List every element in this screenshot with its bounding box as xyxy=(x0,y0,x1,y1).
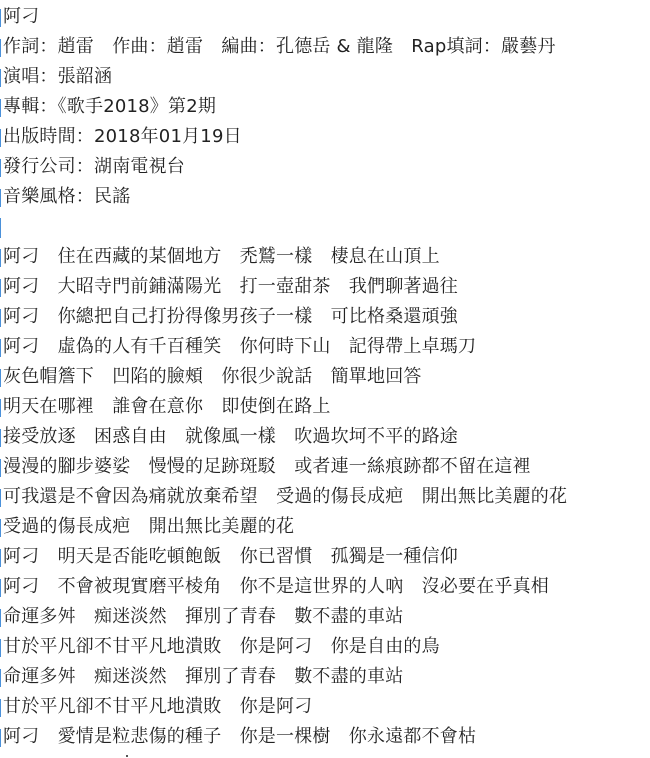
lyric-text: 阿刁 大昭寺門前鋪滿陽光 打一壺甜茶 我們聊著過往 xyxy=(3,276,458,297)
line-marker xyxy=(0,249,1,267)
lyric-text: 甘於平凡卻不甘平凡地潰敗 你是阿刁 你是自由的鳥 xyxy=(3,636,440,657)
genre-text: 音樂風格：民謠 xyxy=(3,186,130,207)
publisher-text: 發行公司：湖南電視台 xyxy=(3,156,185,177)
singer-text: 演唱：張韶涵 xyxy=(3,66,112,87)
line-marker xyxy=(0,129,1,147)
line-marker xyxy=(0,549,1,567)
lyric-line: 阿刁 大昭寺門前鋪滿陽光 打一壺甜茶 我們聊著過往 xyxy=(0,272,650,302)
lyric-line: 阿刁 虛偽的人有千百種笑 你何時下山 記得帶上卓瑪刀 xyxy=(0,332,650,362)
lyric-line: 命運多舛 痴迷淡然 揮別了青春 數不盡的車站 xyxy=(0,662,650,692)
lyric-text: 可我還是不會因為痛就放棄希望 受過的傷長成疤 開出無比美麗的花 xyxy=(3,486,567,507)
lyric-line: 接受放逐 困惑自由 就像風一樣 吹過坎坷不平的路途 xyxy=(0,422,650,452)
release-date-text: 出版時間：2018年01月19日 xyxy=(3,126,242,147)
line-marker xyxy=(0,309,1,327)
lyric-line: 阿刁 你總把自己打扮得像男孩子一樣 可比格桑還頑強 xyxy=(0,302,650,332)
lyric-text: 灰色帽簷下 凹陷的臉頰 你很少說話 簡單地回答 xyxy=(3,366,422,387)
line-marker xyxy=(0,639,1,657)
lyric-line: 命運多舛 痴迷淡然 揮別了青春 數不盡的車站 xyxy=(0,602,650,632)
lyric-text: 阿刁 不會被現實磨平棱角 你不是這世界的人吶 沒必要在乎真相 xyxy=(3,576,549,597)
lyric-line: 明天在哪裡 誰會在意你 即使倒在路上 xyxy=(0,392,650,422)
lyric-text: 阿刁 住在西藏的某個地方 禿鷲一樣 棲息在山頂上 xyxy=(3,246,440,267)
lyric-text: 阿刁 虛偽的人有千百種笑 你何時下山 記得帶上卓瑪刀 xyxy=(3,336,476,357)
album-text: 專輯：《歌手2018》第2期 xyxy=(3,96,216,117)
line-marker xyxy=(0,159,1,177)
lyric-text: 漫漫的腳步婆娑 慢慢的足跡斑駁 或者連一絲痕跡都不留在這裡 xyxy=(3,456,531,477)
lyric-text: 明天在哪裡 誰會在意你 即使倒在路上 xyxy=(3,396,331,417)
line-marker xyxy=(0,459,1,477)
lyric-text: 甘於平凡卻不甘平凡地潰敗 你是阿刁 xyxy=(3,696,312,717)
line-marker xyxy=(0,699,1,717)
line-marker xyxy=(0,279,1,297)
credits-line: 作詞：趙雷 作曲：趙雷 編曲：孔德岳 & 龍隆 Rap填詞：嚴藝丹 xyxy=(0,32,650,62)
partial-next-line-glyph xyxy=(126,755,128,757)
lyric-text: 阿刁 你總把自己打扮得像男孩子一樣 可比格桑還頑強 xyxy=(3,306,458,327)
line-marker xyxy=(0,729,1,747)
lyric-text: 受過的傷長成疤 開出無比美麗的花 xyxy=(3,516,294,537)
credits-text: 作詞：趙雷 作曲：趙雷 編曲：孔德岳 & 龍隆 Rap填詞：嚴藝丹 xyxy=(3,36,556,57)
album-line: 專輯：《歌手2018》第2期 xyxy=(0,92,650,122)
lyric-text: 接受放逐 困惑自由 就像風一樣 吹過坎坷不平的路途 xyxy=(3,426,458,447)
lyric-text: 命運多舛 痴迷淡然 揮別了青春 數不盡的車站 xyxy=(3,666,403,687)
lyric-text: 命運多舛 痴迷淡然 揮別了青春 數不盡的車站 xyxy=(3,606,403,627)
release-date-line: 出版時間：2018年01月19日 xyxy=(0,122,650,152)
lyric-text: 阿刁 愛情是粒悲傷的種子 你是一棵樹 你永遠都不會枯 xyxy=(3,726,476,747)
lyric-text: 阿刁 明天是否能吃頓飽飯 你已習慣 孤獨是一種信仰 xyxy=(3,546,458,567)
lyric-line: 漫漫的腳步婆娑 慢慢的足跡斑駁 或者連一絲痕跡都不留在這裡 xyxy=(0,452,650,482)
lyrics-document: 阿刁 作詞：趙雷 作曲：趙雷 編曲：孔德岳 & 龍隆 Rap填詞：嚴藝丹 演唱：… xyxy=(0,0,650,752)
lyric-line: 阿刁 不會被現實磨平棱角 你不是這世界的人吶 沒必要在乎真相 xyxy=(0,572,650,602)
lyric-line: 可我還是不會因為痛就放棄希望 受過的傷長成疤 開出無比美麗的花 xyxy=(0,482,650,512)
line-marker xyxy=(0,519,1,537)
line-marker xyxy=(0,99,1,117)
line-marker xyxy=(0,429,1,447)
singer-line: 演唱：張韶涵 xyxy=(0,62,650,92)
lyric-line: 甘於平凡卻不甘平凡地潰敗 你是阿刁 xyxy=(0,692,650,722)
line-marker xyxy=(0,579,1,597)
lyric-line: 甘於平凡卻不甘平凡地潰敗 你是阿刁 你是自由的鳥 xyxy=(0,632,650,662)
line-marker xyxy=(0,189,1,207)
song-title: 阿刁 xyxy=(3,6,39,27)
line-marker xyxy=(0,609,1,627)
publisher-line: 發行公司：湖南電視台 xyxy=(0,152,650,182)
lyric-line: 阿刁 住在西藏的某個地方 禿鷲一樣 棲息在山頂上 xyxy=(0,242,650,272)
line-marker xyxy=(0,218,1,238)
line-marker xyxy=(0,39,1,57)
line-marker xyxy=(0,9,1,27)
lyric-line: 阿刁 明天是否能吃頓飽飯 你已習慣 孤獨是一種信仰 xyxy=(0,542,650,572)
lyric-line: 受過的傷長成疤 開出無比美麗的花 xyxy=(0,512,650,542)
blank-line xyxy=(0,212,650,242)
song-title-line: 阿刁 xyxy=(0,2,650,32)
line-marker xyxy=(0,399,1,417)
line-marker xyxy=(0,339,1,357)
line-marker xyxy=(0,489,1,507)
line-marker xyxy=(0,369,1,387)
line-marker xyxy=(0,69,1,87)
genre-line: 音樂風格：民謠 xyxy=(0,182,650,212)
line-marker xyxy=(0,669,1,687)
lyric-line: 灰色帽簷下 凹陷的臉頰 你很少說話 簡單地回答 xyxy=(0,362,650,392)
lyric-line: 阿刁 愛情是粒悲傷的種子 你是一棵樹 你永遠都不會枯 xyxy=(0,722,650,752)
